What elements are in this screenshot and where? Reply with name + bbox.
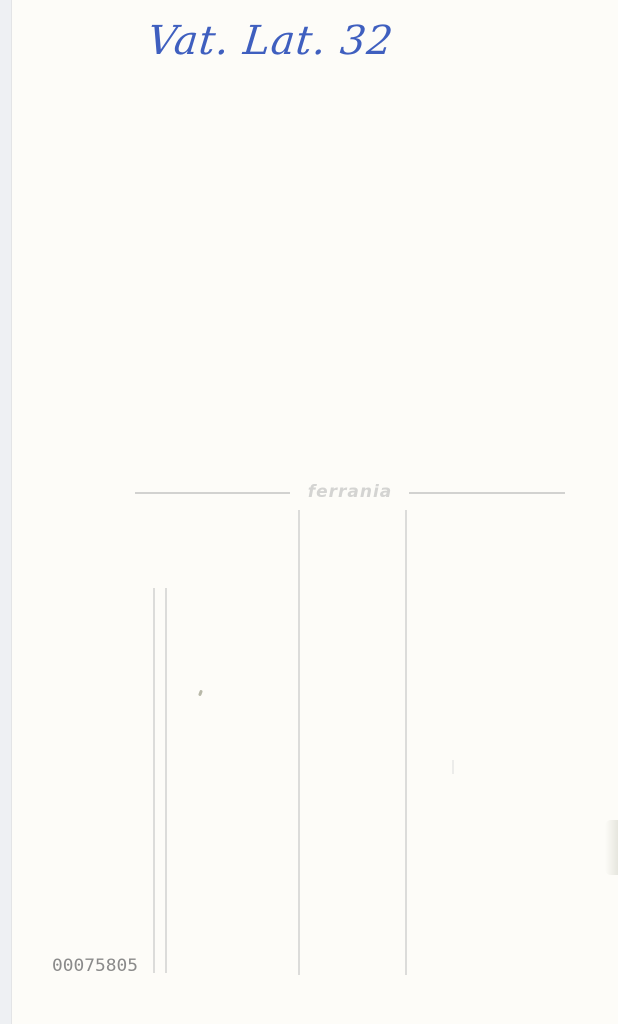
photo-back-page: Vat. Lat. 32 ferrania 00075805 xyxy=(0,0,618,1024)
scan-edge xyxy=(0,0,12,1024)
edge-smudge xyxy=(605,820,618,875)
paper-mark xyxy=(452,760,454,774)
brand-divider-left xyxy=(135,492,290,494)
print-guide-line xyxy=(165,588,167,973)
paper-speck xyxy=(198,690,203,697)
print-guide-line xyxy=(405,510,407,975)
print-guide-line xyxy=(153,588,155,973)
brand-divider-right xyxy=(409,492,565,494)
paper-brand-name: ferrania xyxy=(300,482,400,502)
inventory-number: 00075805 xyxy=(52,956,138,976)
paper-brand-header: ferrania xyxy=(135,482,565,504)
handwritten-shelfmark: Vat. Lat. 32 xyxy=(146,18,396,64)
print-guide-line xyxy=(298,510,300,975)
